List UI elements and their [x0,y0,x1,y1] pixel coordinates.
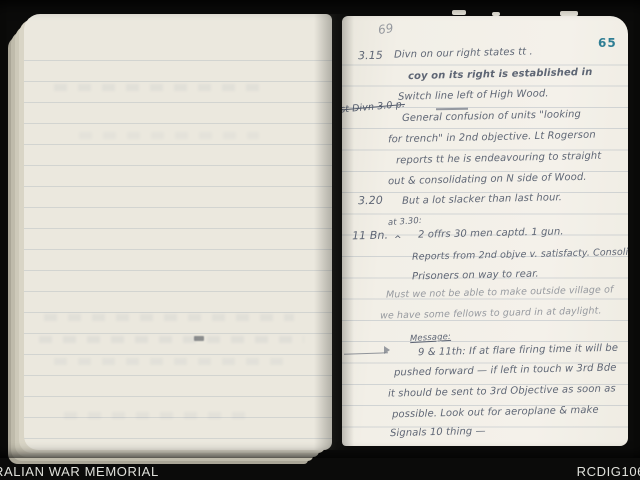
bleed-through-smudge [54,84,264,91]
left-page [24,14,332,450]
bleed-through-smudge [54,358,284,365]
bleed-through-smudge [39,336,304,343]
arrow-flag [384,346,390,354]
right-page: 69 65 3.15 Divn on our right states tt .… [342,16,628,446]
entry-time: 3.15 [358,49,383,63]
pencil-arrow-mark [344,346,390,356]
pencil-folio-number: 69 [377,21,394,37]
torn-paper-speck [560,11,578,16]
torn-paper-speck [452,10,466,15]
notebook-photo: 69 65 3.15 Divn on our right states tt .… [0,0,640,458]
message-heading: Message: [410,332,451,344]
ruled-lines-left [24,40,332,442]
ink-spot [194,336,204,341]
bleed-through-smudge [44,314,294,321]
diary-line: Signals 10 thing — [390,426,486,439]
insertion-caret: ^ [394,235,402,245]
page-number: 65 [598,36,617,50]
torn-paper-speck [492,12,500,16]
scanned-notebook-image: 69 65 3.15 Divn on our right states tt .… [0,0,640,480]
bleed-through-smudge [64,412,254,419]
margin-note: 11 Bn. [352,229,388,243]
bleed-through-smudge [79,132,259,139]
watermark-institution-label: RALIAN WAR MEMORIAL [0,464,159,479]
collection-id-label: RCDIG106 [577,464,640,479]
arrow-shaft [344,352,388,355]
entry-time: 3.20 [358,194,383,208]
